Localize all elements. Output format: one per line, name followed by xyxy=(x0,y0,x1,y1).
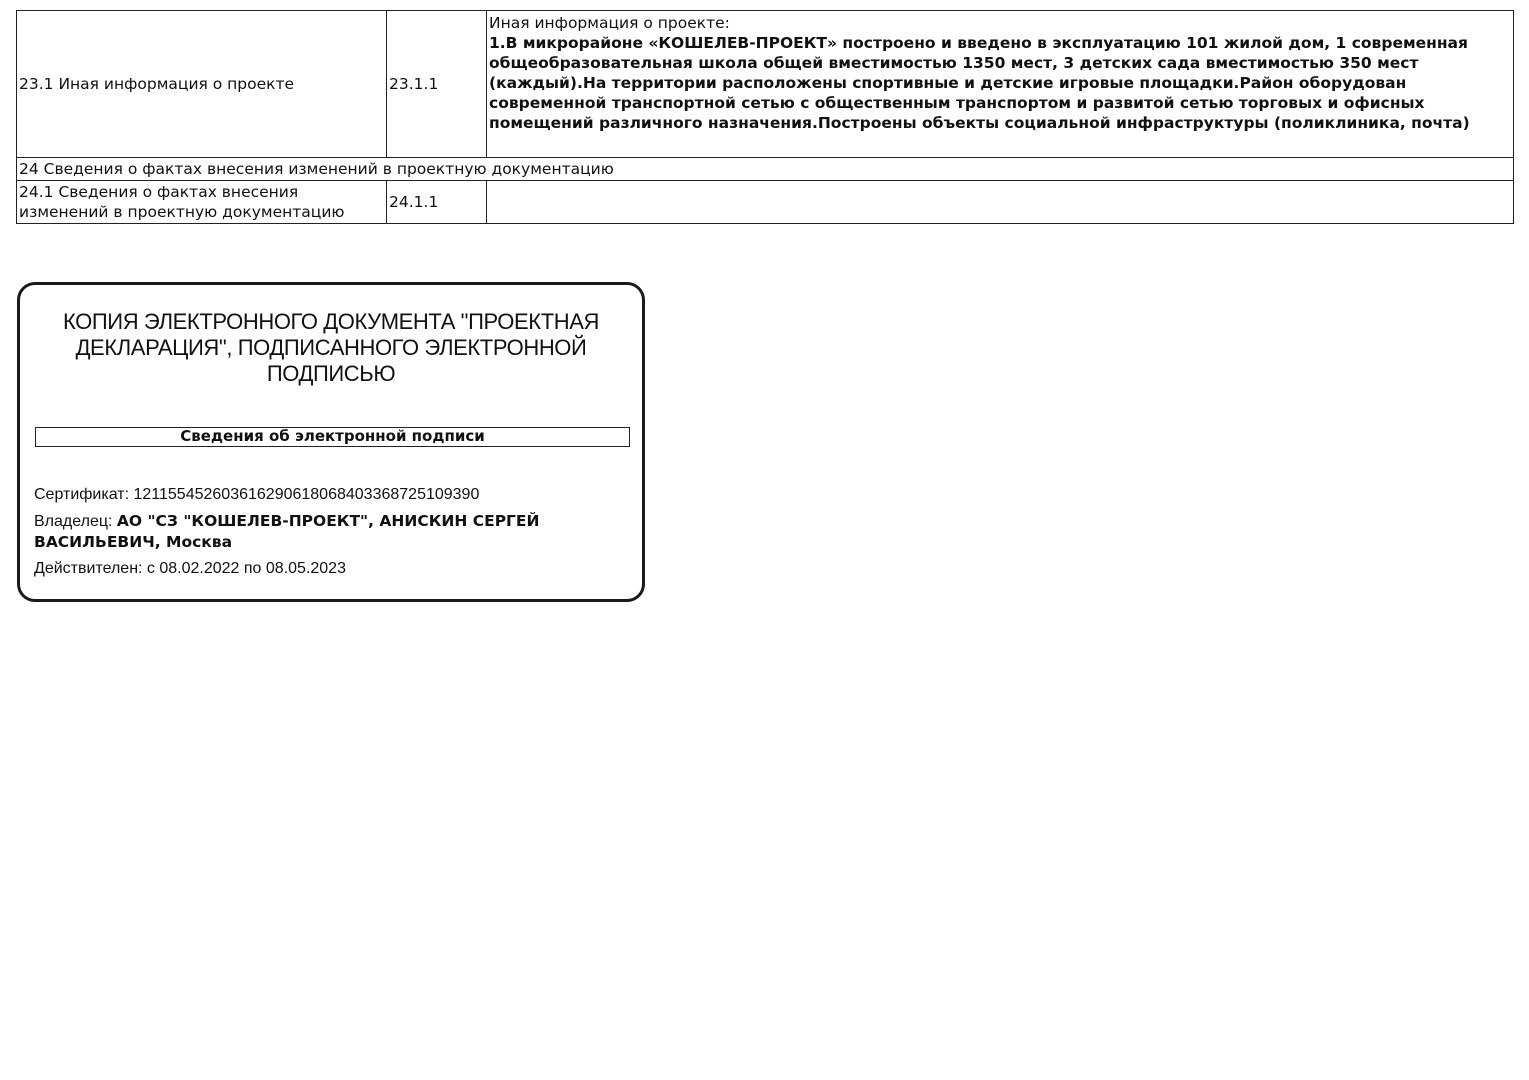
row-value-24-1-1 xyxy=(487,181,1514,224)
table-row-23-1: 23.1 Иная информация о проекте 23.1.1 Ин… xyxy=(17,11,1514,158)
owner-label: Владелец: xyxy=(34,513,112,530)
project-declaration-table: 23.1 Иная информация о проекте 23.1.1 Ин… xyxy=(16,10,1514,224)
row-code-24-1-1: 24.1.1 xyxy=(387,181,487,224)
validity-line: Действителен: с 08.02.2022 по 08.05.2023 xyxy=(34,559,628,579)
owner-line: Владелец: АО "СЗ "КОШЕЛЕВ-ПРОЕКТ", АНИСК… xyxy=(34,511,628,553)
validity-value: с 08.02.2022 по 08.05.2023 xyxy=(147,560,346,577)
certificate-line: Сертификат: 1211554526036162906180684033… xyxy=(34,485,628,505)
stamp-title: КОПИЯ ЭЛЕКТРОННОГО ДОКУМЕНТА "ПРОЕКТНАЯ … xyxy=(40,309,622,387)
section-heading-24: 24 Сведения о фактах внесения изменений … xyxy=(17,158,1514,181)
certificate-value: 121155452603616290618068403368725109390 xyxy=(134,486,480,503)
info-body: 1.В микрорайоне «КОШЕЛЕВ-ПРОЕКТ» построе… xyxy=(489,33,1511,133)
section-row-24: 24 Сведения о фактах внесения изменений … xyxy=(17,158,1514,181)
certificate-label: Сертификат: xyxy=(34,486,129,503)
stamp-subheader: Сведения об электронной подписи xyxy=(35,427,630,447)
table-row-24-1: 24.1 Сведения о фактах внесения изменени… xyxy=(17,181,1514,224)
row-label-23-1: 23.1 Иная информация о проекте xyxy=(17,11,387,158)
row-value-23-1-1: Иная информация о проекте: 1.В микрорайо… xyxy=(487,11,1514,158)
info-heading: Иная информация о проекте: xyxy=(489,13,1511,33)
row-label-24-1: 24.1 Сведения о фактах внесения изменени… xyxy=(17,181,387,224)
row-code-23-1-1: 23.1.1 xyxy=(387,11,487,158)
validity-label: Действителен: xyxy=(34,560,142,577)
electronic-signature-stamp: КОПИЯ ЭЛЕКТРОННОГО ДОКУМЕНТА "ПРОЕКТНАЯ … xyxy=(17,282,645,602)
signature-details: Сертификат: 1211554526036162906180684033… xyxy=(34,485,628,585)
